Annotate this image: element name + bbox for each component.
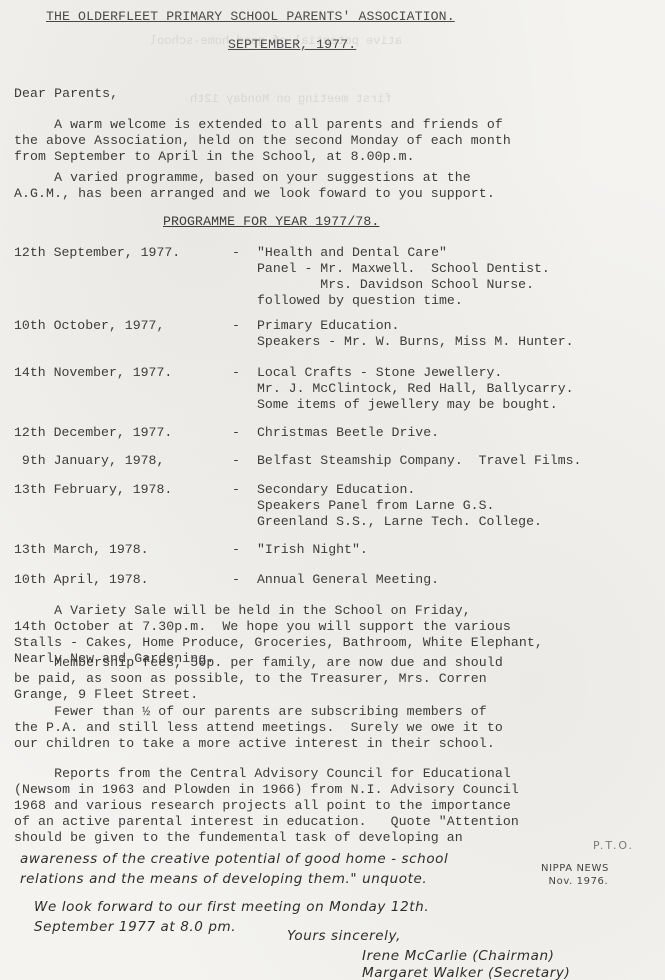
programme-date: 13th February, 1978. [14, 482, 172, 498]
bleed-through-text: first meeting on Monday 12th [190, 92, 392, 106]
salutation: Dear Parents, [14, 86, 118, 102]
programme-description: Secondary Education. Speakers Panel from… [257, 482, 542, 530]
programme-dash: - [232, 453, 240, 469]
programme-description: Belfast Steamship Company. Travel Films. [257, 453, 581, 469]
programme-description: Local Crafts - Stone Jewellery. Mr. J. M… [257, 365, 574, 413]
programme-dash: - [232, 542, 240, 558]
programme-title: PROGRAMME FOR YEAR 1977/78. [163, 214, 379, 230]
pto-note: P.T.O. [593, 836, 634, 856]
programme-dash: - [232, 572, 240, 588]
programme-date: 14th November, 1977. [14, 365, 172, 381]
reports-paragraph: Reports from the Central Advisory Counci… [14, 766, 519, 846]
programme-dash: - [232, 245, 240, 261]
programme-dash: - [232, 318, 240, 334]
programme-dash: - [232, 482, 240, 498]
programme-description: "Irish Night". [257, 542, 368, 558]
handwritten-quote: awareness of the creative potential of g… [20, 849, 448, 889]
letter-page: ative potential of good home-school firs… [0, 0, 665, 980]
programme-date: 12th September, 1977. [14, 245, 180, 261]
citation-note: NIPPA NEWS Nov. 1976. [541, 862, 609, 888]
programme-paragraph: A varied programme, based on your sugges… [14, 170, 495, 202]
membership-fees-paragraph: Membership fees, 50p. per family, are no… [14, 655, 503, 703]
programme-date: 10th October, 1977, [14, 318, 164, 334]
programme-description: "Health and Dental Care" Panel - Mr. Max… [257, 245, 550, 309]
programme-dash: - [232, 425, 240, 441]
intro-paragraph: A warm welcome is extended to all parent… [14, 117, 511, 165]
programme-date: 12th December, 1977. [14, 425, 172, 441]
programme-description: Annual General Meeting. [257, 572, 439, 588]
programme-date: 13th March, 1978. [14, 542, 149, 558]
attendance-paragraph: Fewer than ½ of our parents are subscrib… [14, 704, 503, 752]
programme-date: 10th April, 1978. [14, 572, 149, 588]
signatory-secretary: Margaret Walker (Secretary) [362, 963, 570, 980]
letter-date: SEPTEMBER, 1977. [228, 37, 356, 53]
signoff: Yours sincerely, [287, 926, 401, 946]
programme-description: Primary Education. Speakers - Mr. W. Bur… [257, 318, 574, 350]
programme-description: Christmas Beetle Drive. [257, 425, 439, 441]
letter-title: THE OLDERFLEET PRIMARY SCHOOL PARENTS' A… [46, 9, 455, 25]
programme-dash: - [232, 365, 240, 381]
programme-date: 9th January, 1978, [14, 453, 164, 469]
